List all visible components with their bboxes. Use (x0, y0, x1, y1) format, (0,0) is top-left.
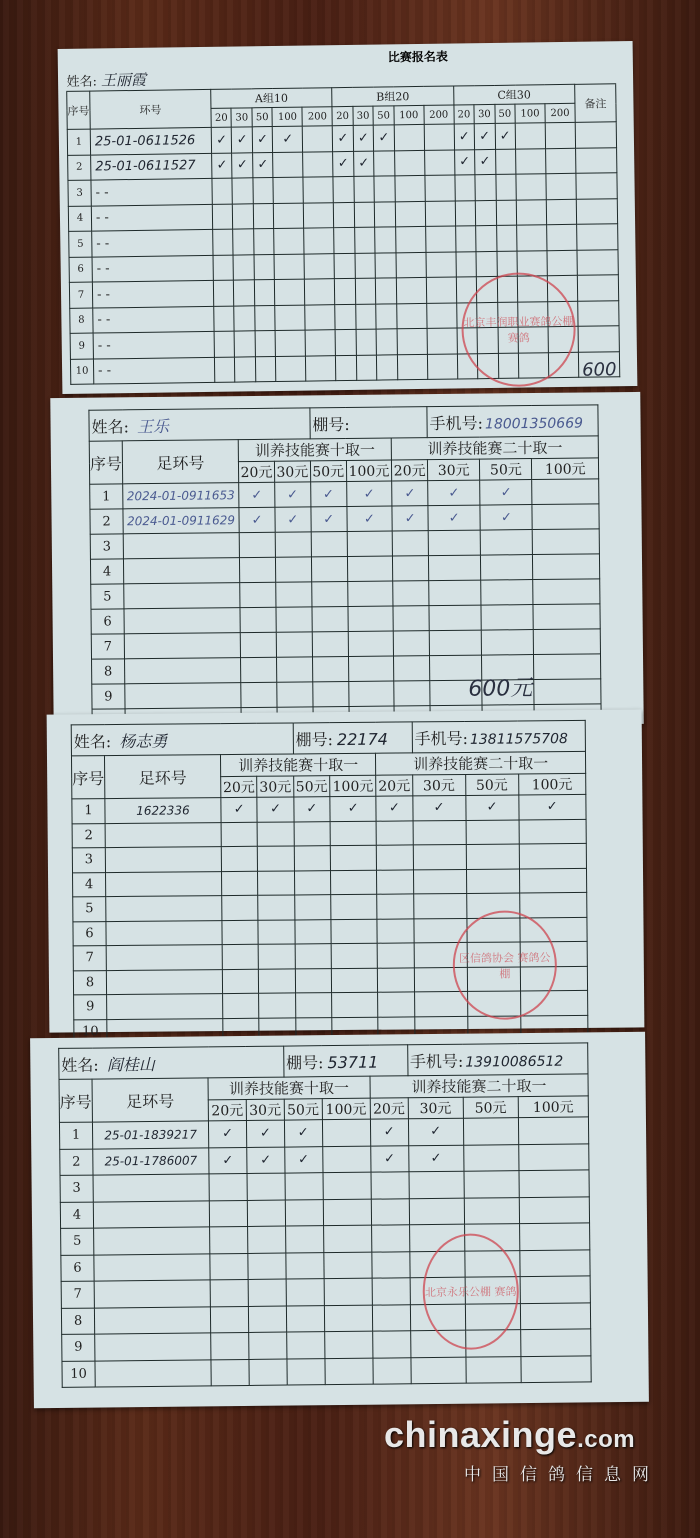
checkbox-cell[interactable]: ✓ (273, 126, 303, 152)
checkbox-cell[interactable] (305, 304, 335, 330)
checkbox-cell[interactable] (276, 607, 312, 632)
checkbox-cell[interactable] (378, 967, 415, 992)
checkbox-cell[interactable] (277, 682, 313, 707)
checkbox-cell[interactable]: ✓ (239, 507, 275, 532)
checkbox-cell[interactable] (475, 174, 496, 200)
checkbox-cell[interactable] (519, 819, 587, 844)
checkbox-cell[interactable]: ✓ (212, 153, 233, 179)
checkbox-cell[interactable]: ✓ (480, 505, 532, 531)
checkbox-cell[interactable] (354, 202, 375, 228)
checkbox-cell[interactable] (521, 1355, 591, 1382)
checkbox-cell[interactable] (395, 201, 425, 227)
remark-cell[interactable] (578, 300, 619, 326)
checkbox-cell[interactable] (254, 229, 275, 255)
checkbox-cell[interactable] (377, 894, 414, 919)
checkbox-cell[interactable]: ✓ (454, 149, 475, 175)
checkbox-cell[interactable] (210, 1279, 248, 1306)
checkbox-cell[interactable] (424, 124, 454, 150)
checkbox-cell[interactable] (354, 227, 375, 253)
checkbox-cell[interactable]: ✓ (252, 127, 273, 153)
checkbox-cell[interactable] (515, 123, 545, 149)
checkbox-cell[interactable] (533, 604, 600, 630)
checkbox-cell[interactable]: ✓ (353, 151, 374, 177)
checkbox-cell[interactable]: ✓ (474, 123, 495, 149)
checkbox-cell[interactable] (248, 1253, 286, 1280)
checkbox-cell[interactable] (273, 177, 303, 203)
checkbox-cell[interactable] (425, 200, 455, 226)
checkbox-cell[interactable] (258, 895, 295, 920)
checkbox-cell[interactable] (409, 1198, 464, 1225)
checkbox-cell[interactable] (285, 1226, 323, 1253)
checkbox-cell[interactable] (221, 822, 258, 847)
checkbox-cell[interactable] (332, 992, 378, 1017)
checkbox-cell[interactable] (347, 531, 393, 556)
checkbox-cell[interactable] (371, 1198, 409, 1225)
checkbox-cell[interactable] (274, 254, 304, 280)
checkbox-cell[interactable] (295, 993, 332, 1018)
checkbox-cell[interactable] (393, 581, 429, 606)
checkbox-cell[interactable] (234, 305, 255, 331)
checkbox-cell[interactable] (426, 251, 456, 277)
checkbox-cell[interactable] (294, 821, 331, 846)
checkbox-cell[interactable] (396, 303, 426, 329)
checkbox-cell[interactable]: ✓ (480, 480, 532, 506)
checkbox-cell[interactable]: ✓ (310, 482, 346, 507)
checkbox-cell[interactable] (520, 1302, 590, 1329)
checkbox-cell[interactable]: ✓ (239, 482, 275, 507)
checkbox-cell[interactable] (257, 821, 294, 846)
checkbox-cell[interactable] (286, 1305, 324, 1332)
checkbox-cell[interactable]: ✓ (495, 123, 516, 149)
checkbox-cell[interactable] (355, 304, 376, 330)
checkbox-cell[interactable] (306, 355, 336, 381)
checkbox-cell[interactable] (312, 631, 348, 656)
checkbox-cell[interactable] (295, 968, 332, 993)
checkbox-cell[interactable] (466, 1356, 521, 1383)
checkbox-cell[interactable] (324, 1305, 372, 1332)
checkbox-cell[interactable] (312, 681, 348, 706)
checkbox-cell[interactable] (534, 629, 601, 655)
checkbox-cell[interactable] (334, 227, 355, 253)
checkbox-cell[interactable] (285, 1199, 323, 1226)
checkbox-cell[interactable] (214, 357, 235, 383)
checkbox-cell[interactable] (304, 202, 334, 228)
checkbox-cell[interactable] (377, 869, 414, 894)
checkbox-cell[interactable] (546, 199, 576, 225)
checkbox-cell[interactable] (294, 895, 331, 920)
checkbox-cell[interactable] (235, 356, 256, 382)
checkbox-cell[interactable] (213, 280, 234, 306)
checkbox-cell[interactable] (259, 968, 296, 993)
checkbox-cell[interactable] (455, 200, 476, 226)
remark-cell[interactable] (577, 224, 618, 250)
checkbox-cell[interactable] (286, 1252, 324, 1279)
checkbox-cell[interactable] (395, 226, 425, 252)
checkbox-cell[interactable] (335, 304, 356, 330)
remark-cell[interactable] (577, 275, 618, 301)
checkbox-cell[interactable] (348, 656, 394, 681)
checkbox-cell[interactable] (259, 993, 296, 1018)
checkbox-cell[interactable] (475, 200, 496, 226)
checkbox-cell[interactable] (355, 253, 376, 279)
checkbox-cell[interactable] (213, 255, 234, 281)
checkbox-cell[interactable] (372, 1304, 410, 1331)
checkbox-cell[interactable] (276, 356, 306, 382)
checkbox-cell[interactable] (428, 555, 480, 581)
checkbox-cell[interactable] (393, 556, 429, 581)
checkbox-cell[interactable] (239, 557, 275, 582)
checkbox-cell[interactable]: ✓ (232, 152, 253, 178)
checkbox-cell[interactable] (304, 253, 334, 279)
checkbox-cell[interactable]: ✓ (475, 149, 496, 175)
checkbox-cell[interactable]: ✓ (311, 507, 347, 532)
checkbox-cell[interactable] (377, 354, 398, 380)
checkbox-cell[interactable] (378, 992, 415, 1017)
checkbox-cell[interactable] (210, 1306, 248, 1333)
checkbox-cell[interactable]: ✓ (465, 795, 518, 820)
checkbox-cell[interactable] (209, 1173, 247, 1200)
checkbox-cell[interactable]: ✓ (211, 127, 232, 153)
checkbox-cell[interactable] (324, 1331, 372, 1358)
checkbox-cell[interactable] (532, 504, 599, 530)
checkbox-cell[interactable] (519, 843, 587, 868)
checkbox-cell[interactable] (331, 870, 377, 895)
checkbox-cell[interactable] (212, 204, 233, 230)
checkbox-cell[interactable] (519, 868, 587, 893)
checkbox-cell[interactable] (413, 869, 466, 894)
checkbox-cell[interactable] (429, 605, 481, 631)
checkbox-cell[interactable]: ✓ (221, 797, 258, 822)
checkbox-cell[interactable] (221, 871, 258, 896)
checkbox-cell[interactable] (221, 846, 258, 871)
checkbox-cell[interactable]: ✓ (257, 797, 294, 822)
checkbox-cell[interactable] (222, 895, 259, 920)
checkbox-cell[interactable] (249, 1359, 287, 1386)
checkbox-cell[interactable] (233, 229, 254, 255)
checkbox-cell[interactable] (394, 124, 424, 150)
checkbox-cell[interactable] (411, 1357, 466, 1384)
checkbox-cell[interactable] (519, 892, 587, 917)
checkbox-cell[interactable] (376, 329, 397, 355)
checkbox-cell[interactable] (466, 844, 519, 869)
checkbox-cell[interactable] (240, 607, 276, 632)
checkbox-cell[interactable] (311, 556, 347, 581)
checkbox-cell[interactable] (295, 944, 332, 969)
checkbox-cell[interactable]: ✓ (253, 152, 274, 178)
checkbox-cell[interactable] (213, 229, 234, 255)
checkbox-cell[interactable] (240, 582, 276, 607)
checkbox-cell[interactable] (348, 681, 394, 706)
checkbox-cell[interactable] (255, 331, 276, 357)
checkbox-cell[interactable] (331, 919, 377, 944)
checkbox-cell[interactable] (255, 305, 276, 331)
checkbox-cell[interactable] (397, 328, 427, 354)
checkbox-cell[interactable]: ✓ (246, 1120, 284, 1147)
checkbox-cell[interactable]: ✓ (232, 127, 253, 153)
checkbox-cell[interactable] (393, 606, 429, 631)
checkbox-cell[interactable] (516, 199, 546, 225)
checkbox-cell[interactable] (311, 581, 347, 606)
checkbox-cell[interactable] (323, 1172, 371, 1199)
checkbox-cell[interactable] (518, 1117, 588, 1144)
checkbox-cell[interactable] (394, 681, 430, 706)
checkbox-cell[interactable] (372, 1331, 410, 1358)
checkbox-cell[interactable]: ✓ (247, 1147, 285, 1174)
checkbox-cell[interactable] (481, 580, 533, 606)
checkbox-cell[interactable] (466, 819, 519, 844)
checkbox-cell[interactable] (209, 1200, 247, 1227)
checkbox-cell[interactable] (323, 1252, 371, 1279)
checkbox-cell[interactable] (212, 178, 233, 204)
checkbox-cell[interactable] (247, 1200, 285, 1227)
checkbox-cell[interactable] (409, 1171, 464, 1198)
checkbox-cell[interactable]: ✓ (294, 797, 331, 822)
checkbox-cell[interactable] (333, 176, 354, 202)
checkbox-cell[interactable] (533, 554, 600, 580)
checkbox-cell[interactable] (371, 1172, 409, 1199)
checkbox-cell[interactable] (274, 203, 304, 229)
checkbox-cell[interactable] (371, 1225, 409, 1252)
checkbox-cell[interactable] (476, 251, 497, 277)
checkbox-cell[interactable] (495, 174, 516, 200)
checkbox-cell[interactable]: ✓ (275, 482, 311, 507)
checkbox-cell[interactable]: ✓ (408, 1118, 463, 1145)
checkbox-cell[interactable] (233, 203, 254, 229)
checkbox-cell[interactable] (375, 201, 396, 227)
checkbox-cell[interactable] (517, 225, 547, 251)
checkbox-cell[interactable]: ✓ (428, 505, 480, 531)
checkbox-cell[interactable] (375, 252, 396, 278)
checkbox-cell[interactable] (253, 178, 274, 204)
checkbox-cell[interactable] (375, 227, 396, 253)
checkbox-cell[interactable] (414, 991, 467, 1016)
checkbox-cell[interactable] (534, 679, 601, 705)
checkbox-cell[interactable] (275, 557, 311, 582)
checkbox-cell[interactable] (275, 305, 305, 331)
checkbox-cell[interactable]: ✓ (428, 480, 480, 506)
checkbox-cell[interactable] (394, 150, 424, 176)
remark-cell[interactable] (578, 326, 619, 352)
checkbox-cell[interactable] (285, 1173, 323, 1200)
checkbox-cell[interactable] (519, 1143, 589, 1170)
checkbox-cell[interactable] (214, 331, 235, 357)
checkbox-cell[interactable] (312, 606, 348, 631)
checkbox-cell[interactable] (286, 1332, 324, 1359)
checkbox-cell[interactable] (520, 1276, 590, 1303)
checkbox-cell[interactable] (427, 328, 457, 354)
checkbox-cell[interactable] (394, 656, 430, 681)
checkbox-cell[interactable] (211, 1359, 249, 1386)
checkbox-cell[interactable] (356, 329, 377, 355)
checkbox-cell[interactable] (376, 278, 397, 304)
checkbox-cell[interactable] (455, 226, 476, 252)
checkbox-cell[interactable] (424, 150, 454, 176)
checkbox-cell[interactable] (356, 355, 377, 381)
checkbox-cell[interactable] (311, 532, 347, 557)
checkbox-cell[interactable] (519, 1170, 589, 1197)
checkbox-cell[interactable] (495, 149, 516, 175)
checkbox-cell[interactable] (258, 944, 295, 969)
checkbox-cell[interactable] (210, 1226, 248, 1253)
checkbox-cell[interactable] (331, 968, 377, 993)
checkbox-cell[interactable] (211, 1332, 249, 1359)
checkbox-cell[interactable] (249, 1332, 287, 1359)
checkbox-cell[interactable] (532, 479, 599, 505)
checkbox-cell[interactable]: ✓ (353, 125, 374, 151)
checkbox-cell[interactable] (240, 632, 276, 657)
checkbox-cell[interactable] (331, 943, 377, 968)
checkbox-cell[interactable] (396, 277, 426, 303)
checkbox-cell[interactable] (519, 1223, 589, 1250)
checkbox-cell[interactable] (312, 656, 348, 681)
checkbox-cell[interactable] (374, 150, 395, 176)
checkbox-cell[interactable] (376, 820, 413, 845)
checkbox-cell[interactable]: ✓ (392, 506, 428, 531)
checkbox-cell[interactable] (276, 582, 312, 607)
checkbox-cell[interactable] (258, 870, 295, 895)
checkbox-cell[interactable] (331, 894, 377, 919)
checkbox-cell[interactable] (222, 944, 259, 969)
checkbox-cell[interactable] (377, 845, 414, 870)
checkbox-cell[interactable] (347, 556, 393, 581)
checkbox-cell[interactable] (276, 657, 312, 682)
checkbox-cell[interactable]: ✓ (209, 1147, 247, 1174)
checkbox-cell[interactable] (247, 1226, 285, 1253)
checkbox-cell[interactable] (330, 845, 376, 870)
checkbox-cell[interactable] (273, 152, 303, 178)
checkbox-cell[interactable] (413, 820, 466, 845)
checkbox-cell[interactable] (303, 151, 333, 177)
checkbox-cell[interactable] (248, 1306, 286, 1333)
checkbox-cell[interactable] (427, 353, 457, 379)
checkbox-cell[interactable] (255, 356, 276, 382)
checkbox-cell[interactable] (429, 630, 481, 656)
checkbox-cell[interactable]: ✓ (275, 507, 311, 532)
checkbox-cell[interactable] (476, 225, 497, 251)
checkbox-cell[interactable] (325, 1358, 373, 1385)
checkbox-cell[interactable] (248, 1279, 286, 1306)
checkbox-cell[interactable] (335, 278, 356, 304)
checkbox-cell[interactable] (234, 280, 255, 306)
checkbox-cell[interactable] (413, 844, 466, 869)
checkbox-cell[interactable] (275, 330, 305, 356)
checkbox-cell[interactable] (330, 821, 376, 846)
checkbox-cell[interactable]: ✓ (518, 794, 586, 819)
remark-cell[interactable] (576, 147, 617, 173)
checkbox-cell[interactable] (373, 1357, 411, 1384)
checkbox-cell[interactable] (348, 606, 394, 631)
checkbox-cell[interactable] (429, 580, 481, 606)
checkbox-cell[interactable] (374, 176, 395, 202)
checkbox-cell[interactable] (253, 203, 274, 229)
remark-cell[interactable] (575, 122, 616, 148)
remark-cell[interactable] (577, 249, 618, 275)
checkbox-cell[interactable] (481, 605, 533, 631)
checkbox-cell[interactable] (392, 531, 428, 556)
checkbox-cell[interactable]: ✓ (413, 795, 466, 820)
checkbox-cell[interactable] (324, 1278, 372, 1305)
remark-cell[interactable] (576, 198, 617, 224)
checkbox-cell[interactable] (426, 302, 456, 328)
checkbox-cell[interactable] (239, 532, 275, 557)
checkbox-cell[interactable] (258, 919, 295, 944)
checkbox-cell[interactable] (496, 200, 517, 226)
checkbox-cell[interactable] (222, 920, 259, 945)
checkbox-cell[interactable] (393, 631, 429, 656)
checkbox-cell[interactable] (426, 277, 456, 303)
checkbox-cell[interactable] (334, 253, 355, 279)
checkbox-cell[interactable] (286, 1279, 324, 1306)
checkbox-cell[interactable] (533, 579, 600, 605)
checkbox-cell[interactable]: ✓ (347, 506, 393, 531)
checkbox-cell[interactable] (222, 969, 259, 994)
checkbox-cell[interactable] (455, 175, 476, 201)
checkbox-cell[interactable] (214, 306, 235, 332)
checkbox-cell[interactable] (303, 126, 333, 152)
remark-cell[interactable] (576, 173, 617, 199)
checkbox-cell[interactable] (376, 303, 397, 329)
checkbox-cell[interactable]: ✓ (284, 1120, 322, 1147)
checkbox-cell[interactable] (303, 177, 333, 203)
checkbox-cell[interactable] (480, 530, 532, 556)
checkbox-cell[interactable] (335, 329, 356, 355)
checkbox-cell[interactable] (355, 278, 376, 304)
checkbox-cell[interactable]: ✓ (392, 481, 428, 506)
checkbox-cell[interactable] (519, 1196, 589, 1223)
checkbox-cell[interactable] (463, 1118, 518, 1145)
checkbox-cell[interactable] (232, 178, 253, 204)
checkbox-cell[interactable] (377, 943, 414, 968)
checkbox-cell[interactable]: ✓ (333, 125, 354, 151)
checkbox-cell[interactable] (396, 252, 426, 278)
checkbox-cell[interactable] (322, 1146, 370, 1173)
checkbox-cell[interactable] (377, 918, 414, 943)
checkbox-cell[interactable]: ✓ (330, 796, 376, 821)
checkbox-cell[interactable] (466, 868, 519, 893)
checkbox-cell[interactable]: ✓ (333, 151, 354, 177)
checkbox-cell[interactable] (520, 1249, 590, 1276)
checkbox-cell[interactable]: ✓ (376, 796, 413, 821)
checkbox-cell[interactable] (516, 174, 546, 200)
checkbox-cell[interactable] (545, 122, 575, 148)
checkbox-cell[interactable] (456, 251, 477, 277)
checkbox-cell[interactable] (258, 846, 295, 871)
checkbox-cell[interactable] (413, 893, 466, 918)
checkbox-cell[interactable]: ✓ (346, 481, 392, 506)
checkbox-cell[interactable] (372, 1251, 410, 1278)
checkbox-cell[interactable] (210, 1253, 248, 1280)
checkbox-cell[interactable] (294, 846, 331, 871)
checkbox-cell[interactable] (395, 175, 425, 201)
checkbox-cell[interactable] (247, 1173, 285, 1200)
checkbox-cell[interactable] (241, 657, 277, 682)
checkbox-cell[interactable] (481, 555, 533, 581)
checkbox-cell[interactable] (348, 631, 394, 656)
checkbox-cell[interactable] (546, 148, 576, 174)
checkbox-cell[interactable] (516, 148, 546, 174)
checkbox-cell[interactable] (464, 1197, 519, 1224)
checkbox-cell[interactable] (233, 254, 254, 280)
checkbox-cell[interactable] (304, 228, 334, 254)
checkbox-cell[interactable]: ✓ (370, 1145, 408, 1172)
checkbox-cell[interactable] (241, 682, 277, 707)
checkbox-cell[interactable]: ✓ (208, 1120, 246, 1147)
checkbox-cell[interactable] (295, 919, 332, 944)
checkbox-cell[interactable] (428, 530, 480, 556)
checkbox-cell[interactable] (235, 331, 256, 357)
checkbox-cell[interactable]: ✓ (284, 1146, 322, 1173)
checkbox-cell[interactable] (347, 581, 393, 606)
